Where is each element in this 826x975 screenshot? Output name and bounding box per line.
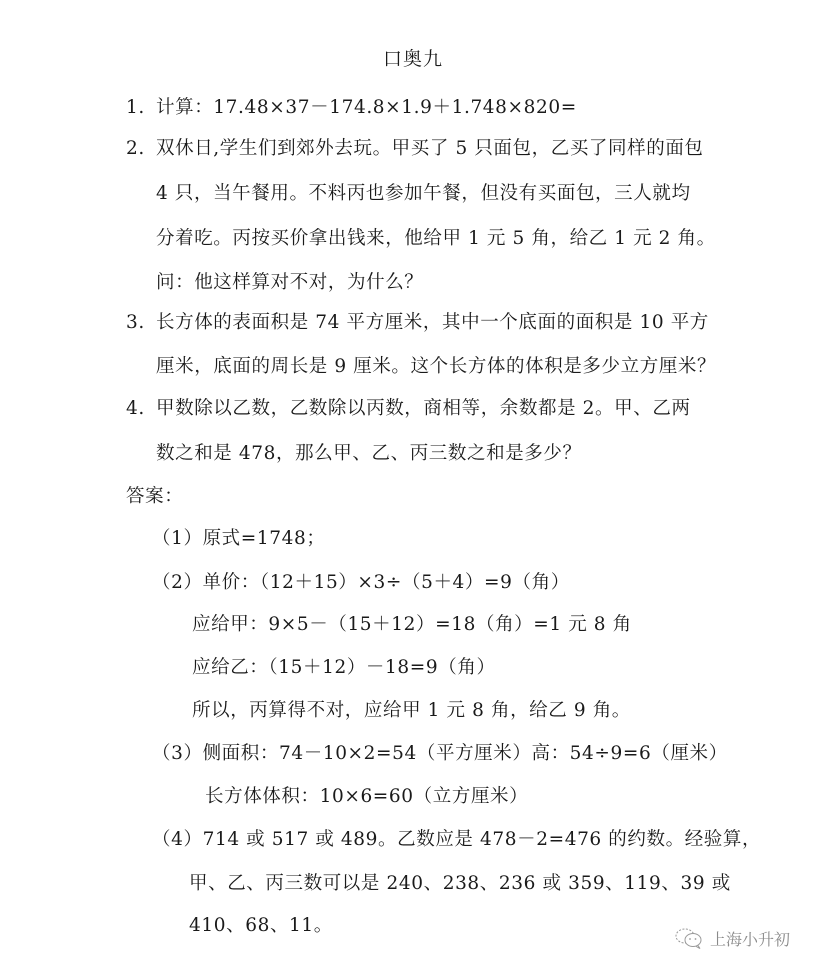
- question-1: 1.计算：17.48×37－174.8×1.9＋1.748×820=: [126, 93, 577, 119]
- question-4-line-2: 数之和是 478，那么甲、乙、丙三数之和是多少？: [156, 439, 582, 465]
- answer-label: （1）: [152, 528, 203, 549]
- answer-1: （1）原式=1748；: [152, 524, 325, 550]
- answer-text: 714 或 517 或 489。乙数应是 478－2=476 的约数。经验算，: [203, 829, 762, 850]
- question-2-line-4: 问：他这样算对不对，为什么？: [156, 268, 423, 294]
- question-3-line-2: 厘米，底面的周长是 9 厘米。这个长方体的体积是多少立方厘米？: [156, 352, 716, 378]
- question-text: 甲数除以乙数，乙数除以丙数，商相等，余数都是 2。甲、乙两: [156, 398, 691, 419]
- answer-2-line-3: 应给乙：（15＋12）－18=9（角）: [192, 653, 496, 679]
- question-text: 长方体的表面积是 74 平方厘米，其中一个底面的面积是 10 平方: [156, 312, 709, 333]
- answer-label: （4）: [152, 829, 203, 850]
- question-2: 2.双休日,学生们到郊外去玩。甲买了 5 只面包，乙买了同样的面包: [126, 134, 704, 160]
- answer-2-line-2: 应给甲：9×5－（15＋12）=18（角）=1 元 8 角: [192, 610, 632, 636]
- question-text: 计算：17.48×37－174.8×1.9＋1.748×820=: [156, 97, 577, 118]
- answer-4: （4）714 或 517 或 489。乙数应是 478－2=476 的约数。经验…: [152, 825, 761, 851]
- answer-text: 侧面积：74－10×2=54（平方厘米）高：54÷9=6（厘米）: [203, 743, 728, 764]
- question-number: 2.: [126, 138, 156, 159]
- page-title: 口奥九: [0, 44, 826, 71]
- answer-4-line-3: 410、68、11。: [189, 911, 333, 937]
- question-3: 3.长方体的表面积是 74 平方厘米，其中一个底面的面积是 10 平方: [126, 308, 709, 334]
- watermark-text: 上海小升初: [710, 927, 790, 950]
- answer-4-line-2: 甲、乙、丙三数可以是 240、238、236 或 359、119、39 或: [189, 869, 731, 895]
- question-number: 4.: [126, 398, 156, 419]
- wechat-icon: [674, 926, 704, 950]
- answer-label: （3）: [152, 743, 203, 764]
- answer-2: （2）单价：（12＋15）×3÷（5＋4）=9（角）: [152, 568, 570, 594]
- answer-2-line-4: 所以，丙算得不对，应给甲 1 元 8 角，给乙 9 角。: [192, 696, 631, 722]
- answer-text: 单价：（12＋15）×3÷（5＋4）=9（角）: [203, 572, 570, 593]
- question-4: 4.甲数除以乙数，乙数除以丙数，商相等，余数都是 2。甲、乙两: [126, 394, 691, 420]
- question-text: 双休日,学生们到郊外去玩。甲买了 5 只面包，乙买了同样的面包: [156, 138, 704, 159]
- question-number: 3.: [126, 312, 156, 333]
- answer-text: 原式=1748；: [203, 528, 326, 549]
- answer-3-line-2: 长方体体积：10×6=60（立方厘米）: [205, 782, 528, 808]
- watermark: 上海小升初: [674, 926, 790, 950]
- question-2-line-3: 分着吃。丙按买价拿出钱来，他给甲 1 元 5 角，给乙 1 元 2 角。: [156, 224, 716, 250]
- question-2-line-2: 4 只，当午餐用。不料丙也参加午餐，但没有买面包，三人就均: [156, 179, 691, 205]
- answers-heading: 答案：: [126, 482, 183, 508]
- answer-label: （2）: [152, 572, 203, 593]
- answer-3: （3）侧面积：74－10×2=54（平方厘米）高：54÷9=6（厘米）: [152, 739, 728, 765]
- question-number: 1.: [126, 97, 156, 118]
